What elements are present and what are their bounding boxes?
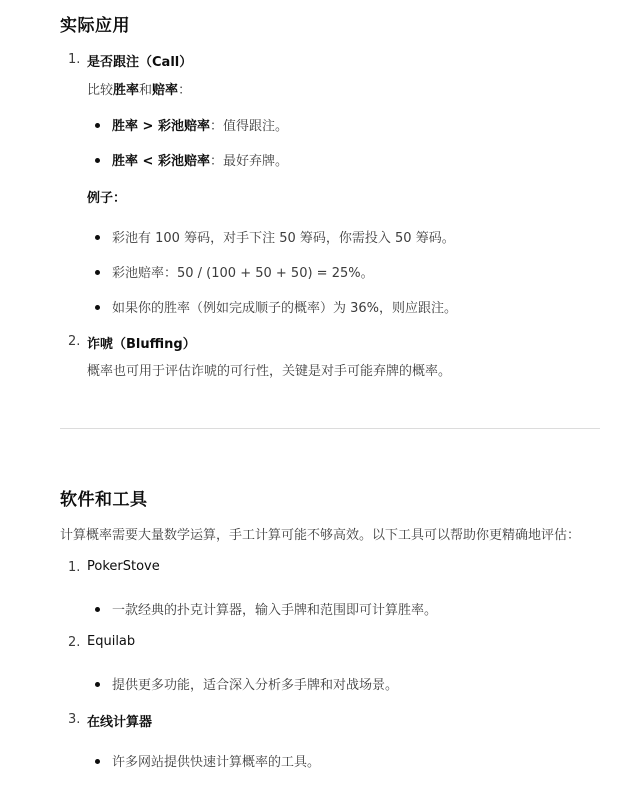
section-divider (60, 428, 600, 429)
item-title-en: （Bluffing） (113, 337, 196, 352)
bullet-icon (95, 759, 100, 764)
item-title-en: （Call） (139, 55, 192, 70)
example-label: 例子： (87, 187, 126, 206)
list-item-title-call: 是否跟注（Call） (87, 51, 192, 70)
bullet-icon (95, 235, 100, 240)
item-title: 诈唬 (87, 337, 113, 352)
section-intro: 计算概率需要大量数学运算，手工计算可能不够高效。以下工具可以帮助你更精确地评估： (60, 524, 580, 543)
bullet-bold: 胜率 < 彩池赔率 (112, 154, 210, 169)
bullet-icon (95, 123, 100, 128)
desc-bold-odds: 赔率 (152, 83, 178, 98)
example-item: 如果你的胜率（例如完成顺子的概率）为 36%，则应跟注。 (112, 297, 457, 316)
item-title: 是否跟注 (87, 55, 139, 70)
item-description: 比较胜率和赔率： (87, 79, 191, 98)
bullet-icon (95, 682, 100, 687)
bullet-icon (95, 158, 100, 163)
tool-description: 一款经典的扑克计算器，输入手牌和范围即可计算胜率。 (112, 599, 437, 618)
example-item: 彩池有 100 筹码，对手下注 50 筹码，你需投入 50 筹码。 (112, 227, 455, 246)
list-number: 2. (68, 635, 80, 650)
section-heading-software-tools: 软件和工具 (60, 485, 148, 510)
item-description: 概率也可用于评估诈唬的可行性，关键是对手可能弃牌的概率。 (87, 360, 451, 379)
document-page: 实际应用 1. 是否跟注（Call） 比较胜率和赔率： 胜率 > 彩池赔率：值得… (0, 0, 632, 800)
list-bullet-item: 胜率 > 彩池赔率：值得跟注。 (112, 115, 288, 134)
desc-text: 比较 (87, 83, 113, 98)
bullet-text: ：值得跟注。 (210, 119, 288, 134)
tool-title-pokerstove: PokerStove (87, 559, 160, 574)
tool-title-equilab: Equilab (87, 634, 135, 649)
list-number: 1. (68, 52, 80, 67)
list-bullet-item: 胜率 < 彩池赔率：最好弃牌。 (112, 150, 288, 169)
bullet-icon (95, 270, 100, 275)
list-number: 3. (68, 712, 80, 727)
desc-text: ： (178, 83, 191, 98)
tool-description: 许多网站提供快速计算概率的工具。 (112, 751, 320, 770)
list-number: 1. (68, 560, 80, 575)
tool-title-online-calculator: 在线计算器 (87, 711, 152, 730)
bullet-icon (95, 607, 100, 612)
tool-description: 提供更多功能，适合深入分析多手牌和对战场景。 (112, 674, 398, 693)
bullet-bold: 胜率 > 彩池赔率 (112, 119, 210, 134)
list-number: 2. (68, 334, 80, 349)
list-item-title-bluffing: 诈唬（Bluffing） (87, 333, 196, 352)
example-item: 彩池赔率：50 / (100 + 50 + 50) = 25%。 (112, 262, 374, 281)
desc-text: 和 (139, 83, 152, 98)
bullet-text: ：最好弃牌。 (210, 154, 288, 169)
desc-bold-win-rate: 胜率 (113, 83, 139, 98)
bullet-icon (95, 305, 100, 310)
section-heading-practical-application: 实际应用 (60, 11, 130, 36)
